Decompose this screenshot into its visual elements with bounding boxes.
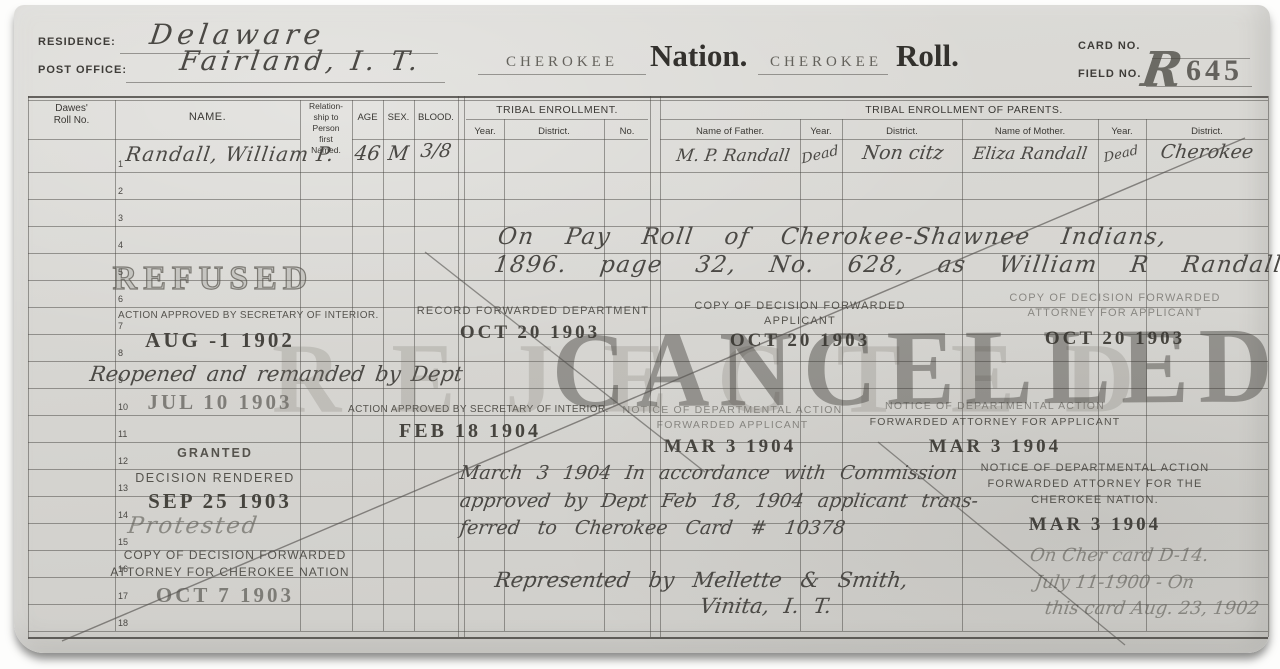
grid-line-horizontal — [28, 100, 1268, 101]
payroll-note-line2: 1896. page 32, No. 628, as William R Ran… — [492, 252, 1280, 278]
sep-25-1903-stamp: SEP 25 1903 — [130, 489, 310, 514]
row-number: 7 — [118, 321, 123, 331]
row-number: 10 — [118, 402, 128, 412]
col-header-dawes-2: Roll No. — [28, 115, 115, 126]
notice-cherokee-date-stamp: MAR 3 1904 — [990, 514, 1200, 536]
roll-title: Roll. — [896, 38, 959, 74]
grid-line-horizontal — [660, 119, 1268, 120]
grid-line-horizontal — [28, 637, 1268, 639]
row1-father-name: M. P. Randall — [667, 146, 800, 166]
copy-decision-forwarded-attorney-1: COPY OF DECISION FORWARDED — [975, 292, 1255, 304]
col-header-mother-district: District. — [1146, 126, 1268, 137]
payroll-note-line1: On Pay Roll of Cherokee-Shawnee Indians, — [496, 224, 1169, 250]
post-office-value: Fairland, I. T. — [178, 46, 424, 77]
row-number: 1 — [118, 159, 123, 169]
grid-line-horizontal — [28, 96, 1268, 98]
row-number: 3 — [118, 213, 123, 223]
row-number: 17 — [118, 591, 128, 601]
row-number: 13 — [118, 483, 128, 493]
row1-sex: M — [381, 141, 415, 165]
notice-cherokee-stamp-1: NOTICE OF DEPARTMENTAL ACTION — [955, 462, 1235, 474]
transfer-note-line3: ferred to Cherokee Card # 10378 — [458, 517, 846, 539]
protested-note: Protested — [126, 513, 260, 539]
col-header-relationship-1: Relation- — [300, 101, 352, 111]
col-header-father-year: Year. — [800, 126, 842, 137]
field-no-label: FIELD NO. — [1078, 68, 1141, 80]
row-number: 14 — [118, 510, 128, 520]
represented-note-line2: Vinita, I. T. — [698, 594, 833, 618]
col-header-father: Name of Father. — [660, 126, 800, 137]
grid-line-horizontal — [28, 139, 300, 140]
represented-note-line1: Represented by Mellette & Smith, — [493, 568, 909, 592]
cherokee-card-note-line2: July 11-1900 - On — [1034, 572, 1196, 593]
post-office-line — [126, 82, 445, 83]
residence-label: RESIDENCE: — [38, 36, 116, 48]
field-no-value: 645 — [1186, 54, 1243, 88]
col-header-parents: TRIBAL ENROLLMENT OF PARENTS. — [660, 104, 1268, 116]
notice-attorney-date-stamp: MAR 3 1904 — [880, 436, 1110, 458]
grid-line-horizontal — [660, 139, 1268, 140]
row-number: 12 — [118, 456, 128, 466]
cherokee-card-note-line1: On Cher card D-14. — [1029, 545, 1211, 566]
decision-rendered-stamp: DECISION RENDERED — [120, 471, 310, 485]
col-header-sex: SEX. — [383, 112, 414, 123]
col-header-te-no: No. — [604, 126, 650, 137]
cancelled-overlay-stamp: CANCELLED — [552, 304, 1280, 433]
col-header-blood: BLOOD. — [414, 112, 458, 123]
row-number: 11 — [118, 429, 127, 439]
col-header-tribal-enrollment: TRIBAL ENROLLMENT. — [466, 104, 648, 116]
col-header-age: AGE — [352, 112, 383, 123]
nation-title: Nation. — [650, 38, 747, 74]
grid-line-horizontal — [28, 199, 1268, 200]
row-number: 8 — [118, 348, 123, 358]
cherokee-card-note-line3: this card Aug. 23, 1902 — [1044, 598, 1261, 619]
col-header-te-year: Year. — [466, 126, 504, 137]
roll-stamp-line — [758, 74, 888, 75]
row-number: 2 — [118, 186, 123, 196]
row1-age: 46 — [350, 141, 384, 165]
transfer-note-line2: approved by Dept Feb 18, 1904 applicant … — [458, 490, 979, 512]
col-header-mother-year: Year. — [1098, 126, 1146, 137]
grid-line-horizontal — [28, 631, 1268, 632]
row-number: 16 — [118, 564, 128, 574]
row1-father-district: Non citz — [842, 142, 963, 164]
notice-cherokee-stamp-2: FORWARDED ATTORNEY FOR THE — [955, 478, 1235, 490]
card-no-label: CARD NO. — [1078, 40, 1140, 52]
row-number: 4 — [118, 240, 123, 250]
nation-stamp: CHEROKEE — [482, 54, 642, 71]
refused-stamp: REFUSED — [108, 260, 318, 298]
nation-stamp-line — [478, 74, 646, 75]
post-office-label: POST OFFICE: — [38, 64, 127, 76]
grid-line-horizontal — [28, 442, 1268, 443]
field-no-prefix: R — [1138, 42, 1186, 98]
row1-name: Randall, William P. — [124, 142, 336, 166]
grid-line-vertical — [28, 96, 29, 637]
col-header-mother: Name of Mother. — [962, 126, 1098, 137]
col-header-name: NAME. — [115, 111, 300, 123]
transfer-note-line1: March 3 1904 In accordance with Commissi… — [458, 462, 959, 484]
row1-blood: 3/8 — [412, 140, 459, 162]
grid-line-horizontal — [466, 119, 648, 120]
enrollment-card-scan: RESIDENCE: Delaware POST OFFICE: Fairlan… — [0, 0, 1280, 669]
col-header-te-district: District. — [504, 126, 604, 137]
row1-mother-name: Eliza Randall — [963, 144, 1098, 164]
col-header-father-district: District. — [842, 126, 962, 137]
row1-mother-district: Cherokee — [1144, 141, 1269, 163]
col-header-relationship-3: Person — [300, 123, 352, 133]
col-header-dawes-1: Dawes' — [28, 103, 115, 114]
row-number: 18 — [118, 618, 128, 628]
granted-stamp: GRANTED — [130, 446, 300, 460]
col-header-relationship-2: ship to — [300, 112, 352, 122]
grid-line-horizontal — [28, 172, 1268, 173]
roll-stamp: CHEROKEE — [762, 54, 890, 71]
